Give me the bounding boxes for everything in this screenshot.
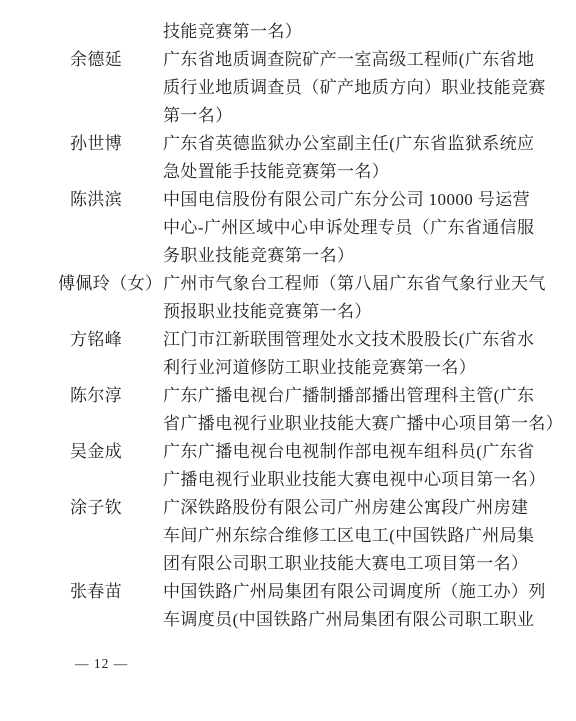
entry-text-line: 预报职业技能竞赛第一名） [163,298,576,326]
award-entry: 傅佩玲（女）广州市气象台工程师（第八届广东省气象行业天气预报职业技能竞赛第一名） [0,270,576,326]
entry-text-line: 广深铁路股份有限公司广州房建公寓段广州房建 [163,494,576,522]
entry-text-line: 省广播电视行业职业技能大赛广播中心项目第一名） [163,410,576,438]
award-entry: 张春苗中国铁路广州局集团有限公司调度所（施工办）列车调度员(中国铁路广州局集团有… [0,578,576,634]
entry-text-line: 广东广播电视台电视制作部电视车组科员(广东省 [163,438,576,466]
awardee-name: 吴金成 [70,438,122,466]
entry-text-line: 技能竞赛第一名） [163,18,576,46]
entry-text-line: 广州市气象台工程师（第八届广东省气象行业天气 [163,270,576,298]
award-entry: 吴金成广东广播电视台电视制作部电视车组科员(广东省广播电视行业职业技能大赛电视中… [0,438,576,494]
awardee-name: 陈洪滨 [70,186,122,214]
entry-text-line: 江门市江新联围管理处水文技术股股长(广东省水 [163,326,576,354]
entry-text-line: 第一名） [163,102,576,130]
entry-text-line: 车间广州东综合维修工区电工(中国铁路广州局集 [163,522,576,550]
entry-text-line: 广播电视行业职业技能大赛电视中心项目第一名） [163,466,576,494]
entry-text-line: 质行业地质调查员（矿产地质方向）职业技能竞赛 [163,74,576,102]
entry-text-line: 急处置能手技能竞赛第一名） [163,158,576,186]
document-page: 技能竞赛第一名）余德延广东省地质调查院矿产一室高级工程师(广东省地质行业地质调查… [0,0,576,721]
awardee-name: 涂子钦 [70,494,122,522]
award-entry: 陈尔淳广东广播电视台广播制播部播出管理科主管(广东省广播电视行业职业技能大赛广播… [0,382,576,438]
awardee-name: 张春苗 [70,578,122,606]
award-entry: 技能竞赛第一名） [0,18,576,46]
award-list: 技能竞赛第一名）余德延广东省地质调查院矿产一室高级工程师(广东省地质行业地质调查… [0,18,576,634]
award-entry: 孙世博广东省英德监狱办公室副主任(广东省监狱系统应急处置能手技能竞赛第一名） [0,130,576,186]
entry-text-line: 车调度员(中国铁路广州局集团有限公司职工职业 [163,606,576,634]
entry-text-line: 中国电信股份有限公司广东分公司 10000 号运营 [163,186,576,214]
award-entry: 涂子钦广深铁路股份有限公司广州房建公寓段广州房建车间广州东综合维修工区电工(中国… [0,494,576,578]
page-number: — 12 — [75,656,128,672]
awardee-name: 孙世博 [70,130,122,158]
awardee-name: 傅佩玲（女） [58,270,162,298]
awardee-name: 陈尔淳 [70,382,122,410]
entry-text-line: 利行业河道修防工职业技能竞赛第一名） [163,354,576,382]
award-entry: 方铭峰江门市江新联围管理处水文技术股股长(广东省水利行业河道修防工职业技能竞赛第… [0,326,576,382]
awardee-name: 余德延 [70,46,122,74]
entry-text-line: 广东省地质调查院矿产一室高级工程师(广东省地 [163,46,576,74]
entry-text-line: 中心-广州区域中心申诉处理专员（广东省通信服 [163,214,576,242]
entry-text-line: 广东省英德监狱办公室副主任(广东省监狱系统应 [163,130,576,158]
entry-text-line: 中国铁路广州局集团有限公司调度所（施工办）列 [163,578,576,606]
entry-text-line: 广东广播电视台广播制播部播出管理科主管(广东 [163,382,576,410]
award-entry: 陈洪滨中国电信股份有限公司广东分公司 10000 号运营中心-广州区域中心申诉处… [0,186,576,270]
awardee-name: 方铭峰 [70,326,122,354]
award-entry: 余德延广东省地质调查院矿产一室高级工程师(广东省地质行业地质调查员（矿产地质方向… [0,46,576,130]
entry-text-line: 团有限公司职工职业技能大赛电工项目第一名） [163,550,576,578]
entry-text-line: 务职业技能竞赛第一名） [163,242,576,270]
